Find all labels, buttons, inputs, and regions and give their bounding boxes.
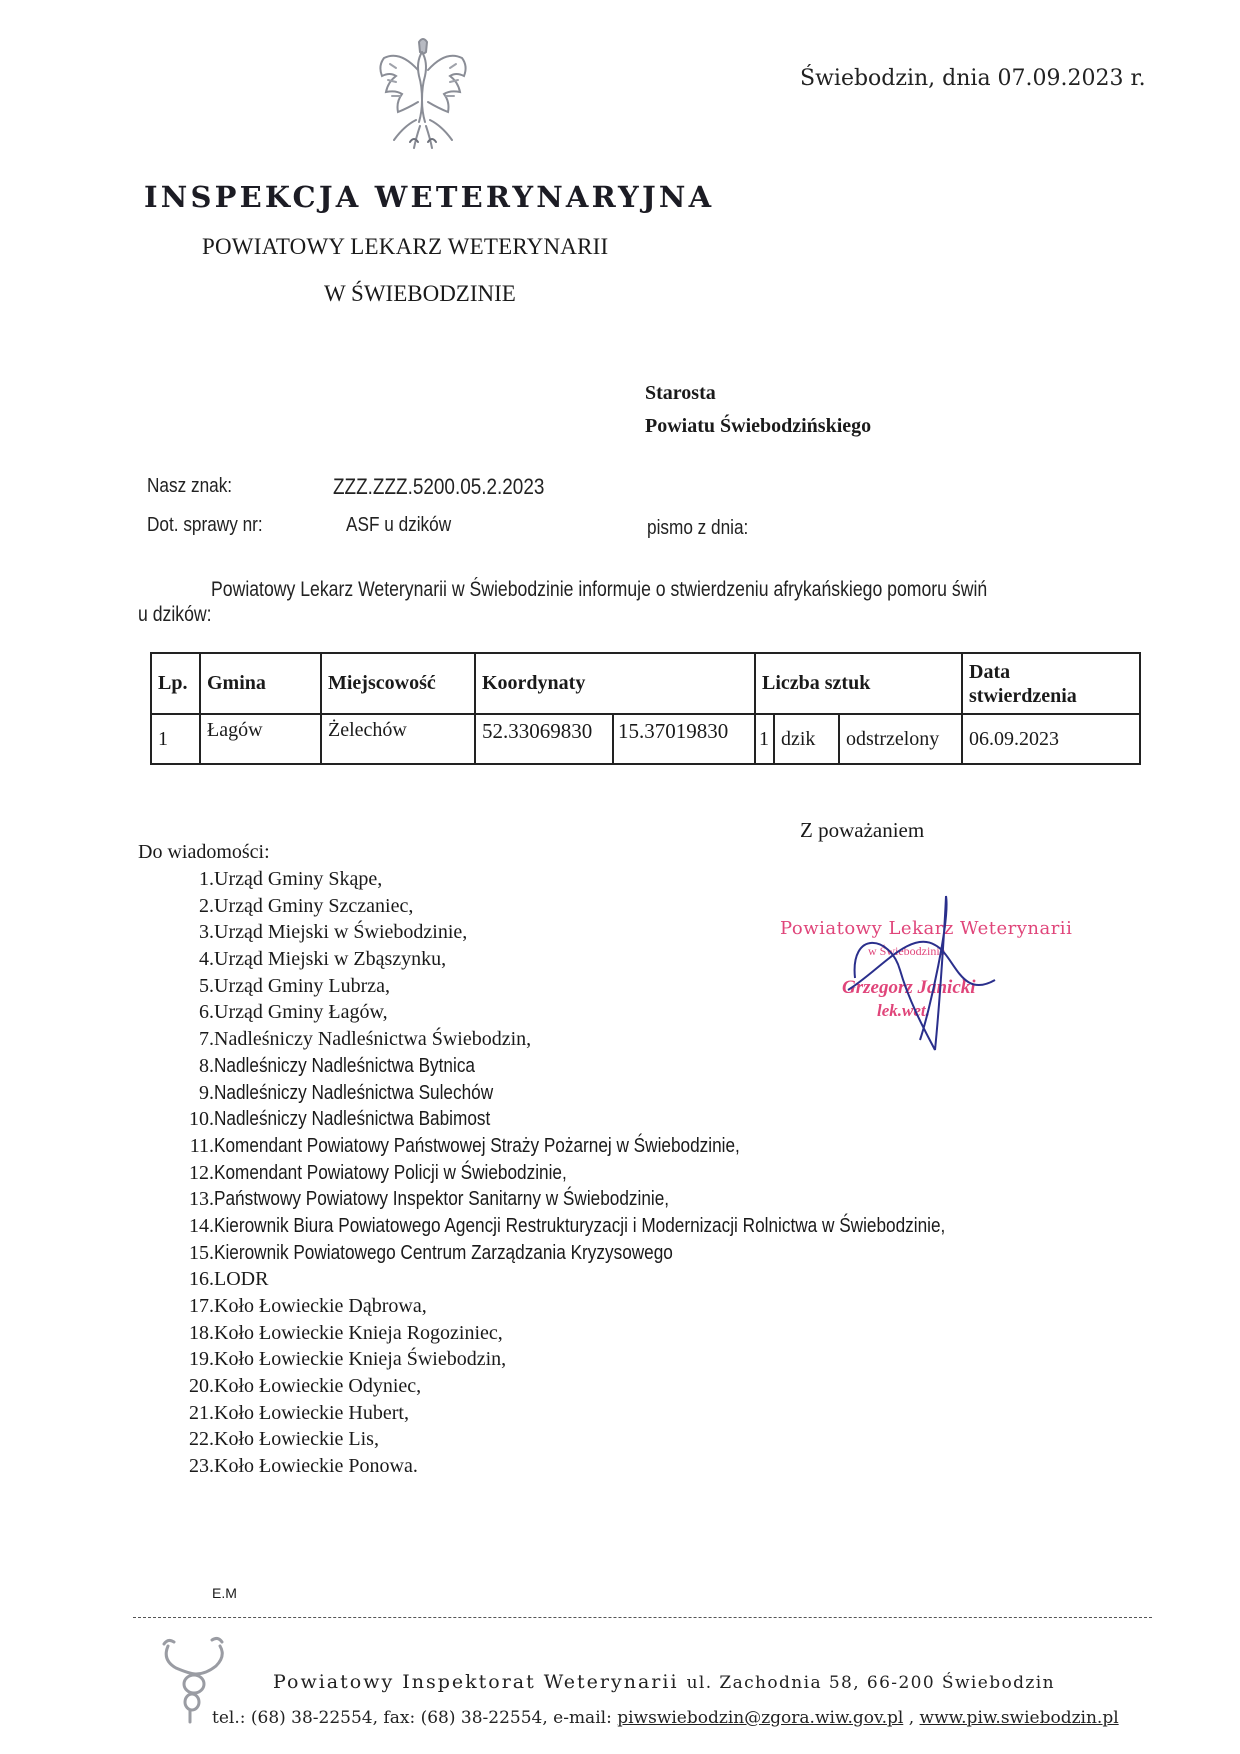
item-number: 3. bbox=[175, 919, 214, 946]
item-text: Urząd Gminy Lubrza, bbox=[214, 973, 390, 1000]
list-item: 16.LODR bbox=[175, 1266, 214, 1293]
footer-contact-line: tel.: (68) 38-22554, fax: (68) 38-22554,… bbox=[212, 1708, 1119, 1728]
list-item: 20.Koło Łowieckie Odyniec, bbox=[175, 1373, 214, 1400]
footer-org-name: Powiatowy Inspektorat Weterynarii bbox=[273, 1671, 679, 1693]
list-item: 4.Urząd Miejski w Zbąszynku, bbox=[175, 946, 214, 973]
list-item: 17.Koło Łowieckie Dąbrowa, bbox=[175, 1293, 214, 1320]
list-item: 23.Koło Łowieckie Ponowa. bbox=[175, 1453, 214, 1480]
list-item: 3.Urząd Miejski w Świebodzinie, bbox=[175, 919, 214, 946]
our-reference-value: ZZZ.ZZZ.5200.05.2.2023 bbox=[333, 474, 544, 500]
list-item: 9.Nadleśniczy Nadleśnictwa Sulechów bbox=[175, 1080, 214, 1107]
item-text: Państwowy Powiatowy Inspektor Sanitarny … bbox=[214, 1186, 669, 1213]
list-item: 1.Urząd Gminy Skąpe, bbox=[175, 866, 214, 893]
item-text: Koło Łowieckie Dąbrowa, bbox=[214, 1293, 427, 1320]
item-text: Urząd Gminy Łagów, bbox=[214, 999, 388, 1026]
case-number-value: ASF u dzików bbox=[346, 514, 451, 537]
header-miejscowosc: Miejscowość bbox=[321, 653, 475, 714]
item-number: 5. bbox=[175, 973, 214, 1000]
signature-icon bbox=[780, 890, 1070, 1060]
item-number: 10. bbox=[175, 1106, 214, 1133]
place-and-date: Świebodzin, dnia 07.09.2023 r. bbox=[800, 66, 1146, 91]
list-item: 13.Państwowy Powiatowy Inspektor Sanitar… bbox=[175, 1186, 214, 1213]
item-text: Nadleśniczy Nadleśnictwa Świebodzin, bbox=[214, 1026, 531, 1053]
organization-title: INSPEKCJA WETERYNARYJNA bbox=[144, 180, 714, 214]
item-number: 8. bbox=[175, 1053, 214, 1080]
list-item: 14.Kierownik Biura Powiatowego Agencji R… bbox=[175, 1213, 214, 1240]
list-item: 10.Nadleśniczy Nadleśnictwa Babimost bbox=[175, 1106, 214, 1133]
list-item: 11.Komendant Powiatowy Państwowej Straży… bbox=[175, 1133, 214, 1160]
item-text: LODR bbox=[214, 1266, 268, 1293]
letter-date-label: pismo z dnia: bbox=[647, 517, 748, 540]
cell-count: 1 bbox=[755, 714, 774, 764]
recipient-title: Starosta bbox=[645, 382, 716, 405]
item-text: Kierownik Powiatowego Centrum Zarządzani… bbox=[214, 1240, 673, 1267]
intro-paragraph-line-2: u dzików: bbox=[138, 603, 212, 627]
header-lp: Lp. bbox=[151, 653, 200, 714]
footer-address: ul. Zachodnia 58, 66-200 Świebodzin bbox=[687, 1673, 1055, 1693]
item-number: 18. bbox=[175, 1320, 214, 1347]
item-number: 1. bbox=[175, 866, 214, 893]
item-number: 15. bbox=[175, 1240, 214, 1267]
header-data-line1: Data bbox=[969, 661, 1010, 683]
cell-species: dzik bbox=[774, 714, 839, 764]
list-item: 6.Urząd Gminy Łagów, bbox=[175, 999, 214, 1026]
list-item: 2.Urząd Gminy Szczaniec, bbox=[175, 893, 214, 920]
item-number: 14. bbox=[175, 1213, 214, 1240]
table-header-row: Lp. Gmina Miejscowość Koordynaty Liczba … bbox=[151, 653, 1140, 714]
item-number: 17. bbox=[175, 1293, 214, 1320]
footer-separator: , bbox=[909, 1708, 914, 1728]
item-number: 19. bbox=[175, 1346, 214, 1373]
footer-email-link[interactable]: piwswiebodzin@zgora.wiw.gov.pl bbox=[617, 1708, 903, 1728]
list-item: 7.Nadleśniczy Nadleśnictwa Świebodzin, bbox=[175, 1026, 214, 1053]
item-number: 16. bbox=[175, 1266, 214, 1293]
header-data-stwierdzenia: Data stwierdzenia bbox=[962, 653, 1140, 714]
list-item: 8.Nadleśniczy Nadleśnictwa Bytnica bbox=[175, 1053, 214, 1080]
item-number: 9. bbox=[175, 1080, 214, 1107]
item-number: 12. bbox=[175, 1160, 214, 1187]
author-initials: E.M bbox=[212, 1585, 237, 1601]
cc-recipients-list: 1.Urząd Gminy Skąpe, 2.Urząd Gminy Szcza… bbox=[175, 866, 214, 1480]
item-number: 23. bbox=[175, 1453, 214, 1480]
item-text: Kierownik Biura Powiatowego Agencji Rest… bbox=[214, 1213, 945, 1240]
cell-gmina: Łagów bbox=[200, 714, 321, 764]
list-item: 18.Koło Łowieckie Knieja Rogoziniec, bbox=[175, 1320, 214, 1347]
list-item: 21.Koło Łowieckie Hubert, bbox=[175, 1400, 214, 1427]
item-number: 2. bbox=[175, 893, 214, 920]
list-item: 5.Urząd Gminy Lubrza, bbox=[175, 973, 214, 1000]
item-text: Komendant Powiatowy Policji w Świebodzin… bbox=[214, 1160, 567, 1187]
cell-lp: 1 bbox=[151, 714, 200, 764]
item-text: Nadleśniczy Nadleśnictwa Babimost bbox=[214, 1106, 490, 1133]
header-data-line2: stwierdzenia bbox=[969, 685, 1077, 707]
our-reference-label: Nasz znak: bbox=[147, 475, 232, 498]
item-text: Koło Łowieckie Knieja Świebodzin, bbox=[214, 1346, 506, 1373]
cell-longitude: 15.37019830 bbox=[613, 714, 755, 764]
footer-website-link[interactable]: www.piw.swiebodzin.pl bbox=[920, 1708, 1119, 1728]
cell-miejscowosc: Żelechów bbox=[321, 714, 475, 764]
list-item: 15.Kierownik Powiatowego Centrum Zarządz… bbox=[175, 1240, 214, 1267]
item-text: Urząd Gminy Skąpe, bbox=[214, 866, 382, 893]
item-text: Koło Łowieckie Ponowa. bbox=[214, 1453, 418, 1480]
cell-date: 06.09.2023 bbox=[962, 714, 1140, 764]
header-gmina: Gmina bbox=[200, 653, 321, 714]
intro-paragraph-line-1: Powiatowy Lekarz Weterynarii w Świebodzi… bbox=[211, 578, 987, 602]
footer-divider bbox=[133, 1617, 1152, 1618]
item-number: 4. bbox=[175, 946, 214, 973]
item-text: Urząd Miejski w Zbąszynku, bbox=[214, 946, 446, 973]
item-text: Koło Łowieckie Knieja Rogoziniec, bbox=[214, 1320, 503, 1347]
footer-phone-fax: tel.: (68) 38-22554, fax: (68) 38-22554,… bbox=[212, 1708, 612, 1728]
item-text: Koło Łowieckie Lis, bbox=[214, 1426, 379, 1453]
header-liczba-sztuk: Liczba sztuk bbox=[755, 653, 962, 714]
case-number-label: Dot. sprawy nr: bbox=[147, 514, 263, 537]
cc-label: Do wiadomości: bbox=[138, 841, 270, 864]
polish-eagle-emblem-icon bbox=[372, 34, 474, 158]
header-koordynaty: Koordynaty bbox=[475, 653, 755, 714]
item-text: Koło Łowieckie Odyniec, bbox=[214, 1373, 421, 1400]
table-row: 1 Łagów Żelechów 52.33069830 15.37019830… bbox=[151, 714, 1140, 764]
item-text: Nadleśniczy Nadleśnictwa Bytnica bbox=[214, 1053, 475, 1080]
item-number: 20. bbox=[175, 1373, 214, 1400]
organization-location: W ŚWIEBODZINIE bbox=[324, 281, 516, 307]
list-item: 22.Koło Łowieckie Lis, bbox=[175, 1426, 214, 1453]
closing-salutation: Z poważaniem bbox=[800, 818, 924, 843]
item-number: 11. bbox=[175, 1133, 214, 1160]
item-number: 21. bbox=[175, 1400, 214, 1427]
official-stamp: Powiatowy Lekarz Weterynarii w Świebodzi… bbox=[780, 890, 1070, 1060]
list-item: 12.Komendant Powiatowy Policji w Świebod… bbox=[175, 1160, 214, 1187]
recipient-office: Powiatu Świebodzińskiego bbox=[645, 415, 871, 438]
item-number: 7. bbox=[175, 1026, 214, 1053]
item-text: Nadleśniczy Nadleśnictwa Sulechów bbox=[214, 1080, 493, 1107]
cell-status: odstrzelony bbox=[839, 714, 962, 764]
asf-cases-table: Lp. Gmina Miejscowość Koordynaty Liczba … bbox=[150, 652, 1141, 765]
item-number: 22. bbox=[175, 1426, 214, 1453]
footer-address-line: Powiatowy Inspektorat Weterynarii ul. Za… bbox=[273, 1671, 1055, 1693]
item-number: 13. bbox=[175, 1186, 214, 1213]
item-text: Koło Łowieckie Hubert, bbox=[214, 1400, 409, 1427]
item-text: Komendant Powiatowy Państwowej Straży Po… bbox=[214, 1133, 740, 1160]
item-number: 6. bbox=[175, 999, 214, 1026]
item-text: Urząd Miejski w Świebodzinie, bbox=[214, 919, 467, 946]
item-text: Urząd Gminy Szczaniec, bbox=[214, 893, 413, 920]
list-item: 19.Koło Łowieckie Knieja Świebodzin, bbox=[175, 1346, 214, 1373]
organization-subtitle: POWIATOWY LEKARZ WETERYNARII bbox=[202, 234, 608, 260]
cell-latitude: 52.33069830 bbox=[475, 714, 613, 764]
